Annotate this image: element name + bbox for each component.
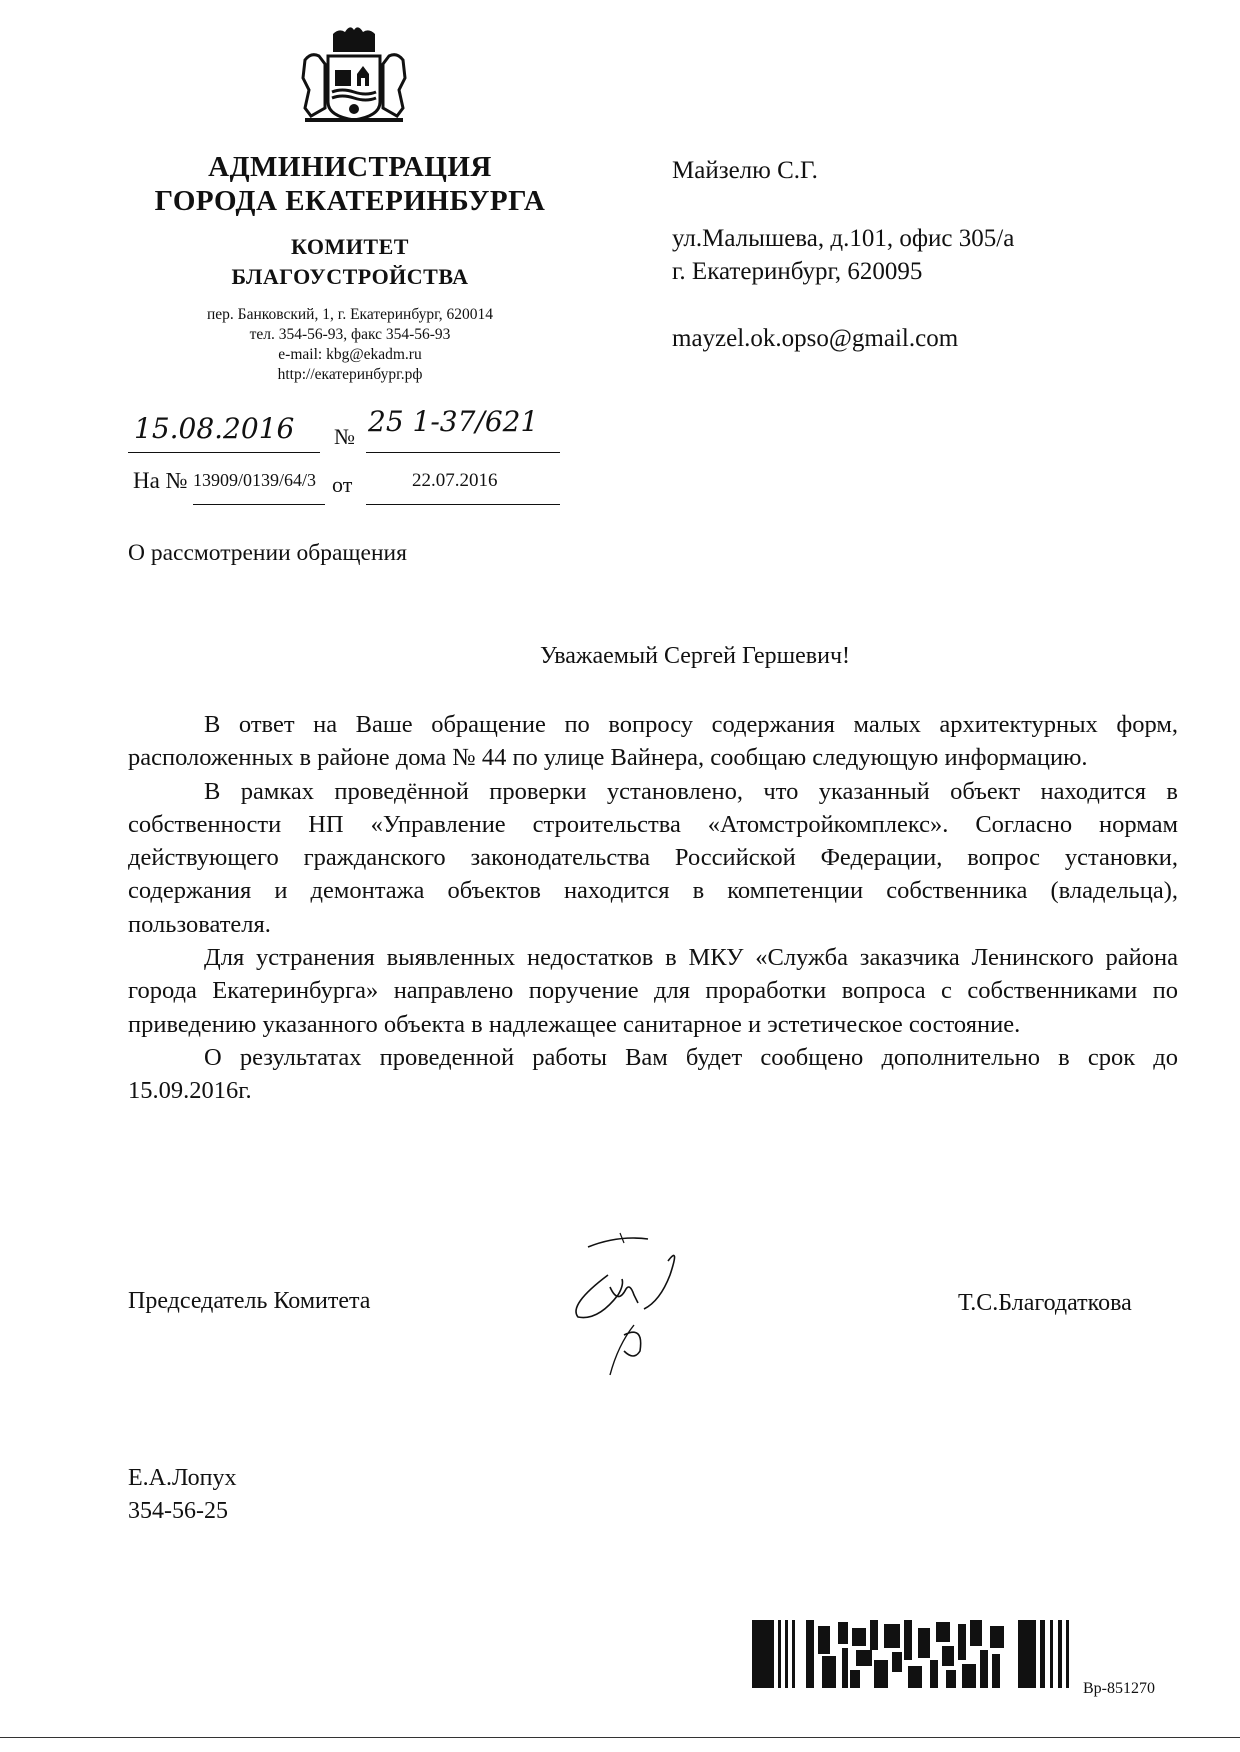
reply-label: На № <box>133 468 188 494</box>
executor-info: Е.А.Лопух 354-56-25 <box>128 1462 237 1528</box>
letter-subject: О рассмотрении обращения <box>128 540 407 567</box>
dept-line-2: БЛАГОУСТРОЙСТВА <box>130 262 570 292</box>
org-line-2: ГОРОДА ЕКАТЕРИНБУРГА <box>130 184 570 218</box>
reply-number-field: 13909/0139/64/3 <box>193 466 325 505</box>
org-email: e-mail: kbg@ekadm.ru <box>130 345 570 365</box>
number-sign: № <box>334 424 355 450</box>
body-paragraph: О результатах проведенной работы Вам буд… <box>128 1041 1178 1108</box>
signatory-name: Т.С.Благодаткова <box>958 1290 1132 1317</box>
recipient-name: Майзелю С.Г. <box>672 154 818 187</box>
body-paragraph: В рамках проведённой проверки установлен… <box>128 775 1178 941</box>
body-paragraph: В ответ на Ваше обращение по вопросу сод… <box>128 708 1178 775</box>
registration-number: 25 1-37/621 <box>368 405 538 438</box>
barcode-label: Вр-851270 <box>1083 1680 1155 1698</box>
barcode-icon <box>752 1620 1072 1690</box>
org-website: http://екатеринбург.рф <box>130 365 570 385</box>
page-bottom-divider <box>0 1737 1240 1738</box>
registration-number-field: 25 1-37/621 <box>366 405 560 453</box>
recipient-address-line-2: г. Екатеринбург, 620095 <box>672 255 922 288</box>
greeting: Уважаемый Сергей Гершевич! <box>0 643 1240 670</box>
org-address: пер. Банковский, 1, г. Екатеринбург, 620… <box>130 305 570 325</box>
letterhead-contacts: пер. Банковский, 1, г. Екатеринбург, 620… <box>130 305 570 385</box>
from-label: от <box>332 472 352 498</box>
registration-date: 15.08.2016 <box>134 412 294 445</box>
department-name: КОМИТЕТ БЛАГОУСТРОЙСТВА <box>130 232 570 292</box>
dept-line-1: КОМИТЕТ <box>130 232 570 262</box>
org-line-1: АДМИНИСТРАЦИЯ <box>130 150 570 184</box>
signatory-title: Председатель Комитета <box>128 1288 370 1315</box>
recipient-email: mayzel.ok.opso@gmail.com <box>672 322 958 355</box>
registration-date-field: 15.08.2016 <box>128 410 320 453</box>
org-phone: тел. 354-56-93, факс 354-56-93 <box>130 325 570 345</box>
coat-of-arms-icon <box>295 20 413 126</box>
reply-date: 22.07.2016 <box>412 470 498 492</box>
reply-number: 13909/0139/64/3 <box>193 470 325 491</box>
handwritten-signature-icon <box>548 1225 708 1385</box>
organization-name: АДМИНИСТРАЦИЯ ГОРОДА ЕКАТЕРИНБУРГА <box>130 150 570 218</box>
executor-phone: 354-56-25 <box>128 1495 237 1528</box>
recipient-address-line-1: ул.Малышева, д.101, офис 305/а <box>672 222 1014 255</box>
letter-body: В ответ на Ваше обращение по вопросу сод… <box>128 708 1178 1108</box>
executor-name: Е.А.Лопух <box>128 1462 237 1495</box>
reply-date-field: 22.07.2016 <box>366 466 560 505</box>
body-paragraph: Для устранения выявленных недостатков в … <box>128 941 1178 1041</box>
